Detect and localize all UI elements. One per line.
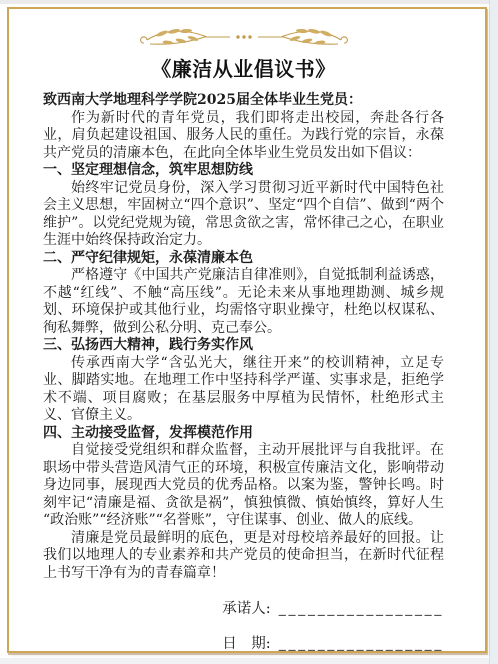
page-bottom-edge xyxy=(0,658,489,664)
document-title: 《廉洁从业倡议书》 xyxy=(43,53,444,82)
section-4-body: 自觉接受党组织和群众监督，主动开展批评与自我批评。在职场中带头营造风清气正的环境… xyxy=(43,442,444,530)
date-blank-line: _________________ xyxy=(279,637,444,651)
promiser-row: 承诺人: _________________ xyxy=(43,597,444,618)
section-3-heading: 三、弘扬西大精神，践行务实作风 xyxy=(43,337,444,355)
closing-paragraph: 清廉是党员最鲜明的底色，更是对母校培养最好的回报。让我们以地理人的专业素养和共产… xyxy=(43,530,444,583)
letter-body: 致西南大学地理科学学院2025届全体毕业生党员： 作为新时代的青年党员，我们即将… xyxy=(43,92,444,582)
section-4-heading: 四、主动接受监督，发挥模范作用 xyxy=(43,425,444,443)
section-2-body: 严格遵守《中国共产党廉洁自律准则》，自觉抵制利益诱惑，不越“红线”、不触“高压线… xyxy=(43,267,444,337)
signature-block: 承诺人: _________________ 日 期: ____________… xyxy=(43,597,444,653)
date-label: 日 期: xyxy=(222,632,270,653)
promiser-label: 承诺人: xyxy=(222,597,270,618)
promiser-blank-line: _________________ xyxy=(279,602,444,616)
page-right-gutter xyxy=(489,0,498,664)
gold-flourish-icon xyxy=(138,25,350,49)
date-row: 日 期: _________________ xyxy=(43,632,444,653)
section-2-heading: 二、严守纪律规矩，永葆清廉本色 xyxy=(43,250,444,268)
page-top-edge xyxy=(0,0,498,4)
section-3-body: 传承西南大学“含弘光大，继往开来”的校训精神，立足专业、脚踏实地。在地理工作中坚… xyxy=(43,355,444,425)
intro-paragraph: 作为新时代的青年党员，我们即将走出校园，奔赴各行各业，肩负起建设祖国、服务人民的… xyxy=(43,110,444,163)
document-viewer: { "document": { "title": "《廉洁从业倡议书》", "s… xyxy=(0,0,498,664)
ornament-divider xyxy=(43,25,444,53)
section-1-body: 始终牢记党员身份，深入学习贯彻习近平新时代中国特色社会主义思想，牢固树立“四个意… xyxy=(43,180,444,250)
salutation: 致西南大学地理科学学院2025届全体毕业生党员： xyxy=(43,92,444,110)
document-gold-frame: 《廉洁从业倡议书》 致西南大学地理科学学院2025届全体毕业生党员： 作为新时代… xyxy=(7,7,487,653)
document-content: 《廉洁从业倡议书》 致西南大学地理科学学院2025届全体毕业生党员： 作为新时代… xyxy=(9,9,485,651)
section-1-heading: 一、坚定理想信念，筑牢思想防线 xyxy=(43,162,444,180)
